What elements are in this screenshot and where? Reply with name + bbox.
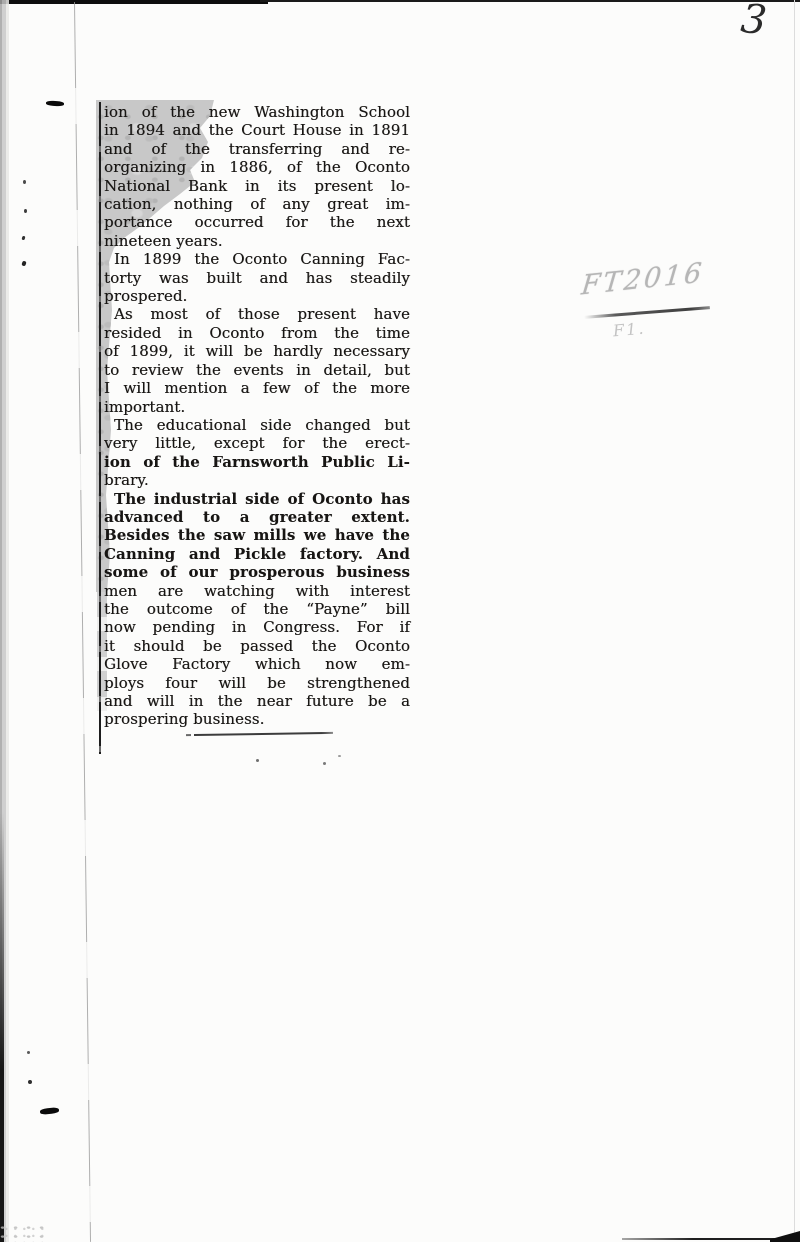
- clipping-line: it should be passed the Oconto: [104, 637, 410, 655]
- clipping-line: nineteen years.: [104, 232, 410, 250]
- clipping-line: and of the transferring and re-: [104, 140, 410, 158]
- ink-mark: [23, 180, 26, 184]
- clipping-line: very little, except for the erect-: [104, 434, 410, 452]
- clipping-line: ploys four will be strengthened: [104, 674, 410, 692]
- clipping-left-cut-edge: [99, 102, 101, 754]
- clipping-line: The industrial side of Oconto has: [104, 490, 410, 508]
- page-fold-line: [74, 2, 91, 1242]
- clipping-line: As most of those present have: [104, 305, 410, 323]
- scanned-page: 3 ion of the new Washington Schoolin 189…: [0, 0, 800, 1242]
- clipping-line: ion of the Farnsworth Public Li-: [104, 453, 410, 471]
- clipping-line: resided in Oconto from the time: [104, 324, 410, 342]
- clipping-line: In 1899 the Oconto Canning Fac-: [104, 250, 410, 268]
- scan-corner-speckle: [0, 1224, 48, 1242]
- clipping-line: advanced to a greater extent.: [104, 508, 410, 526]
- clipping-line: the outcome of the “Payne” bill: [104, 600, 410, 618]
- clipping-line: prospering business.: [104, 710, 410, 728]
- ink-mark: [46, 101, 64, 107]
- ink-mark: [24, 209, 27, 213]
- clipping-line: National Bank in its present lo-: [104, 177, 410, 195]
- clipping-line: some of our prosperous business: [104, 563, 410, 581]
- clipping-line: ion of the new Washington School: [104, 103, 410, 121]
- clipping-line: Besides the saw mills we have the: [104, 526, 410, 544]
- scan-edge-right: [794, 0, 795, 1242]
- ink-mark: [22, 236, 26, 241]
- scan-edge-left-dark: [0, 812, 4, 1242]
- clipping-line: I will mention a few of the more: [104, 379, 410, 397]
- clipping-line: to review the events in detail, but: [104, 361, 410, 379]
- clipping-line: brary.: [104, 471, 410, 489]
- clipping-line: cation, nothing of any great im-: [104, 195, 410, 213]
- ink-mark: [323, 762, 326, 765]
- ink-mark: [40, 1107, 60, 1115]
- ink-mark: [338, 755, 341, 757]
- ink-mark: [256, 759, 259, 762]
- clipping-line: Canning and Pickle factory. And: [104, 545, 410, 563]
- ink-mark: [28, 1080, 32, 1084]
- clipping-column: ion of the new Washington Schoolin 1894 …: [104, 103, 410, 729]
- clipping-line: of 1899, it will be hardly necessary: [104, 342, 410, 360]
- ink-mark: [27, 1051, 30, 1054]
- clipping-line: now pending in Congress. For if: [104, 618, 410, 636]
- scan-edge-top-thin: [260, 0, 800, 2]
- handwritten-note: F1.: [612, 319, 646, 341]
- clipping-line: organizing in 1886, of the Oconto: [104, 158, 410, 176]
- clipping-line: men are watching with interest: [104, 582, 410, 600]
- clipping-line: in 1894 and the Court House in 1891: [104, 121, 410, 139]
- clipping-line: The educational side changed but: [104, 416, 410, 434]
- clipping-line: prospered.: [104, 287, 410, 305]
- newspaper-clipping: ion of the new Washington Schoolin 1894 …: [96, 99, 412, 767]
- handwritten-page-number: 3: [739, 0, 768, 41]
- handwritten-archive-code: FT2016: [580, 254, 742, 301]
- clipping-end-divider: [186, 732, 333, 736]
- clipping-line: portance occurred for the next: [104, 213, 410, 231]
- scan-edge-top-heavy: [0, 0, 268, 4]
- handwritten-underline: [584, 306, 710, 319]
- clipping-line: and will in the near future be a: [104, 692, 410, 710]
- clipping-line: Glove Factory which now em-: [104, 655, 410, 673]
- clipping-line: important.: [104, 398, 410, 416]
- ink-mark: [21, 260, 26, 266]
- scan-corner-wedge: [770, 1230, 800, 1242]
- clipping-line: torty was built and has steadily: [104, 269, 410, 287]
